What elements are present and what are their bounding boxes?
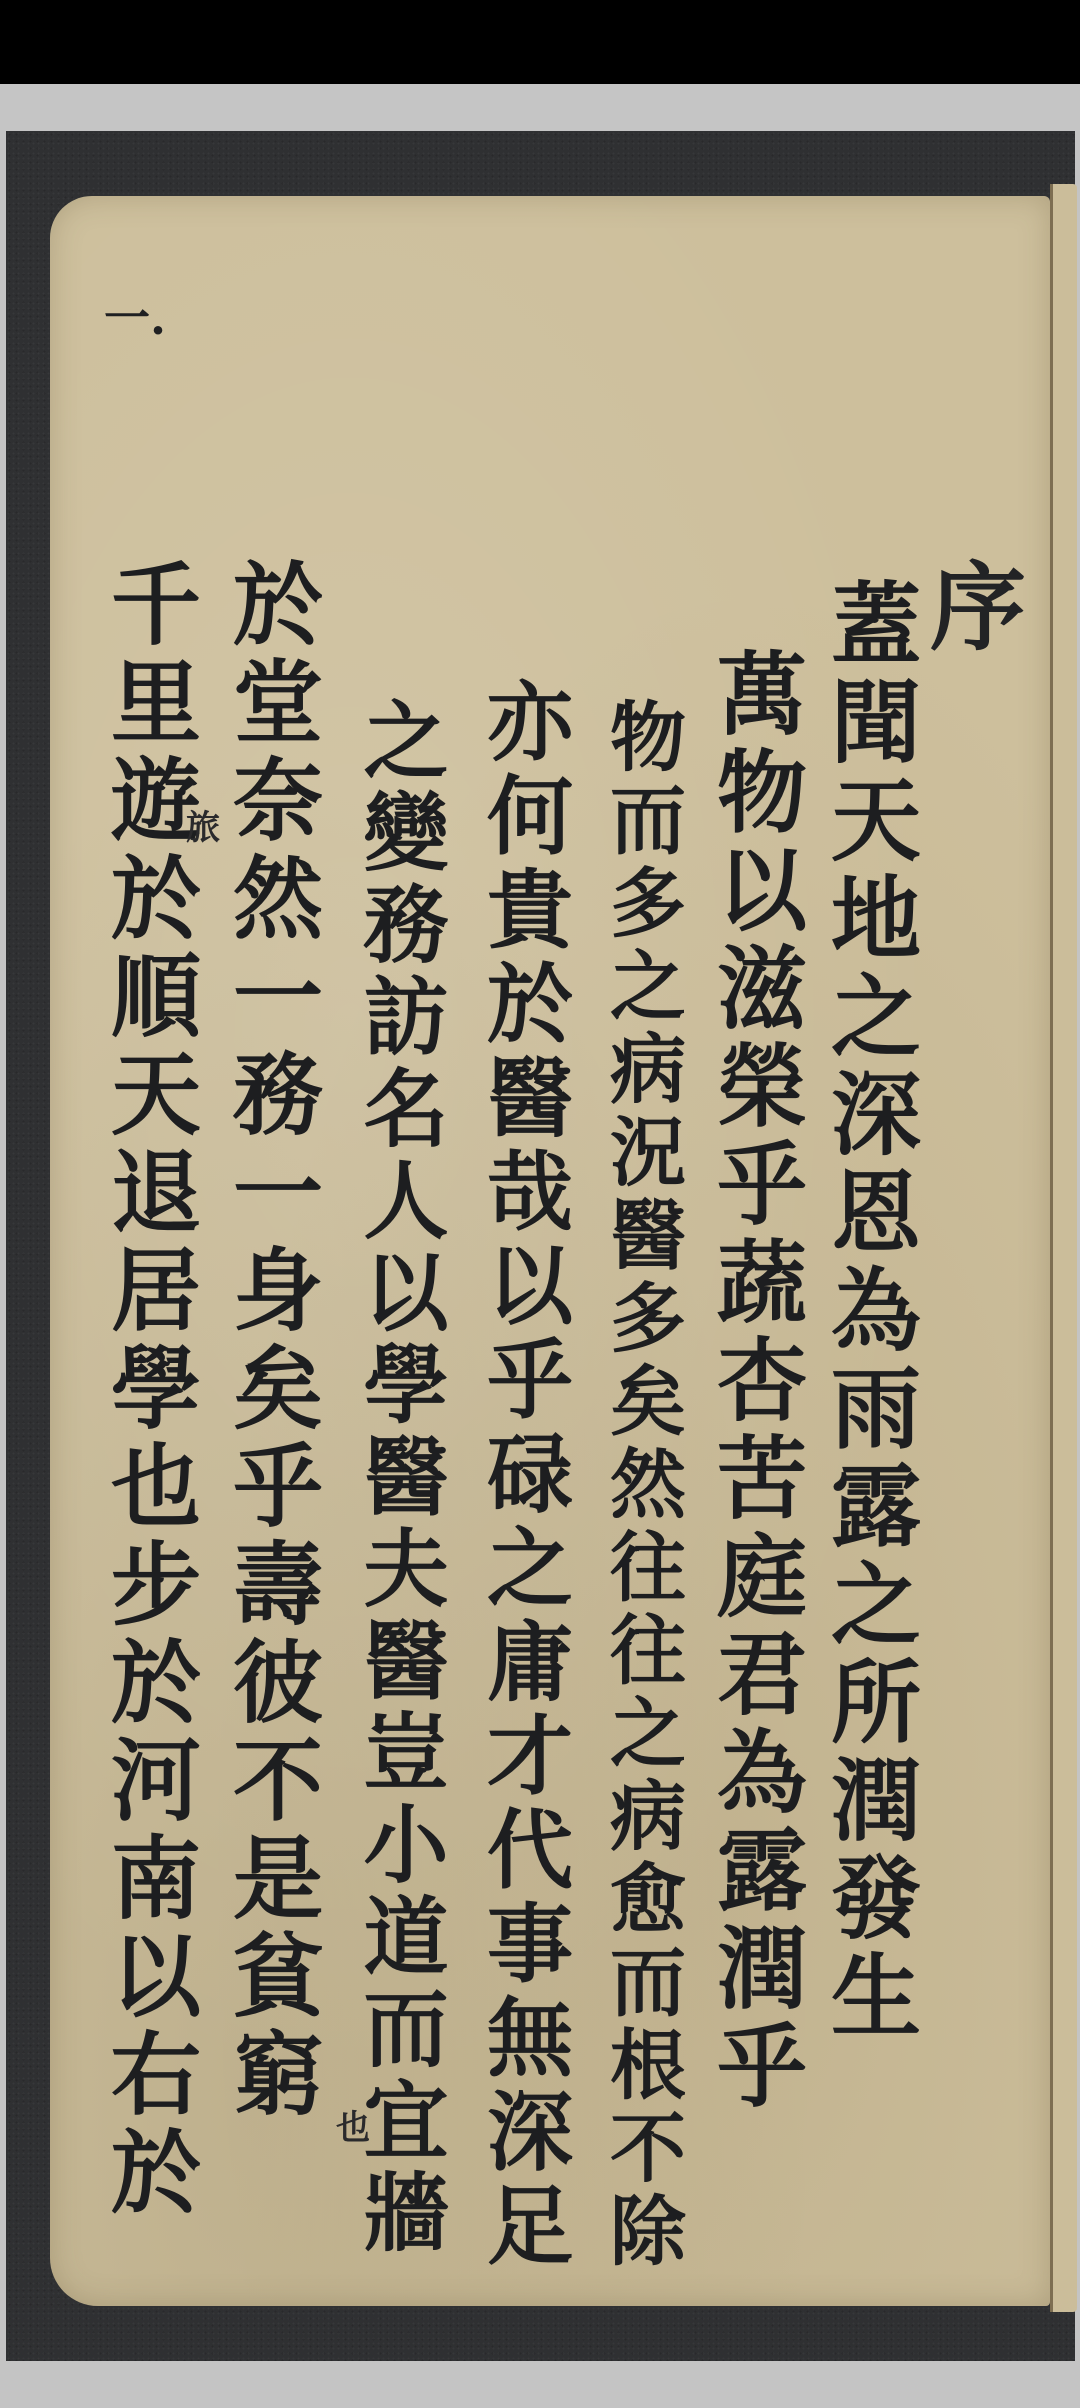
glyph: 以 — [363, 1252, 448, 1344]
text-column-2: 萬物以滋榮乎蔬杏苦庭君為露潤乎 — [706, 650, 818, 2120]
glyph: 聞 — [831, 678, 921, 776]
glyph: 豈 — [363, 1712, 448, 1804]
glyph: 愈 — [610, 1862, 686, 1945]
glyph: 學 — [363, 1344, 448, 1436]
glyph: 夫 — [363, 1528, 448, 1620]
glyph: 醫 — [363, 1436, 448, 1528]
glyph: 醫 — [487, 1056, 573, 1150]
glyph: 河 — [111, 1736, 201, 1834]
glyph: 宜 — [363, 2080, 448, 2172]
glyph: 醫 — [363, 1620, 448, 1712]
glyph: 道 — [363, 1896, 448, 1988]
glyph: 是 — [233, 1834, 323, 1932]
preface-title: 序 — [930, 560, 1026, 656]
glyph: 往 — [610, 1613, 686, 1696]
viewer-top-band — [0, 84, 1080, 131]
glyph: 堂 — [233, 658, 323, 756]
glyph: 之 — [610, 1696, 686, 1779]
text-column-4: 亦何貴於醫哉以乎碌之庸才代事無深足 — [474, 680, 586, 2278]
glyph: 順 — [111, 952, 201, 1050]
glyph: 多 — [610, 1281, 686, 1364]
glyph: 萬 — [717, 650, 807, 748]
glyph: 而 — [363, 1988, 448, 2080]
glyph: 於 — [111, 1638, 201, 1736]
glyph: 以 — [111, 1932, 201, 2030]
glyph: 於 — [487, 962, 573, 1056]
glyph: 身 — [233, 1246, 323, 1344]
glyph: 代 — [487, 1808, 573, 1902]
glyph: 一 — [233, 1148, 323, 1246]
glyph: 之 — [610, 949, 686, 1032]
glyph: 發 — [831, 1854, 921, 1952]
glyph: 物 — [610, 700, 686, 783]
glyph: 壽 — [233, 1540, 323, 1638]
page-number-mark: 一. — [104, 282, 166, 348]
glyph: 蓋 — [831, 580, 921, 678]
status-bar — [0, 0, 1080, 84]
glyph: 足 — [487, 2184, 573, 2278]
glyph: 何 — [487, 774, 573, 868]
glyph: 天 — [831, 776, 921, 874]
glyph: 矣 — [610, 1364, 686, 1447]
glyph: 往 — [610, 1530, 686, 1613]
glyph: 貴 — [487, 868, 573, 962]
glyph: 天 — [111, 1050, 201, 1148]
glyph: 榮 — [717, 1042, 807, 1140]
glyph: 苦 — [717, 1434, 807, 1532]
glyph: 退 — [111, 1148, 201, 1246]
glyph: 多 — [610, 866, 686, 949]
glyph: 為 — [717, 1728, 807, 1826]
glyph: 亦 — [487, 680, 573, 774]
glyph: 才 — [487, 1714, 573, 1808]
glyph: 南 — [111, 1834, 201, 1932]
glyph: 病 — [610, 1779, 686, 1862]
glyph: 訪 — [363, 976, 448, 1068]
side-note-col7: 旅 — [186, 800, 220, 849]
glyph: 露 — [717, 1826, 807, 1924]
glyph: 乎 — [487, 1338, 573, 1432]
glyph: 恩 — [831, 1168, 921, 1266]
glyph: 庭 — [717, 1532, 807, 1630]
glyph: 變 — [363, 792, 448, 884]
text-column-3: 物而多之病況醫多矣然往往之病愈而根不除 — [592, 700, 704, 2277]
glyph: 之 — [831, 972, 921, 1070]
glyph: 學 — [111, 1344, 201, 1442]
glyph: 深 — [831, 1070, 921, 1168]
glyph: 然 — [233, 854, 323, 952]
glyph: 事 — [487, 1902, 573, 1996]
glyph: 醫 — [610, 1198, 686, 1281]
glyph: 雨 — [831, 1364, 921, 1462]
glyph: 而 — [610, 783, 686, 866]
glyph: 哉 — [487, 1150, 573, 1244]
glyph: 根 — [610, 2028, 686, 2111]
text-column-5: 之變務訪名人以學醫夫醫豈小道而宜牆 — [350, 700, 462, 2264]
text-column-1: 蓋聞天地之深恩為雨露之所潤發生 — [820, 580, 932, 2050]
glyph: 滋 — [717, 944, 807, 1042]
glyph: 里 — [111, 658, 201, 756]
glyph: 所 — [831, 1658, 921, 1756]
side-note-col5: 也 — [336, 2100, 370, 2149]
glyph: 於 — [111, 854, 201, 952]
glyph: 不 — [610, 2111, 686, 2194]
glyph: 務 — [363, 884, 448, 976]
glyph: 病 — [610, 1032, 686, 1115]
glyph: 以 — [487, 1244, 573, 1338]
glyph: 之 — [363, 700, 448, 792]
glyph: 窮 — [233, 2030, 323, 2128]
glyph: 奈 — [233, 756, 323, 854]
glyph: 人 — [363, 1160, 448, 1252]
glyph: 生 — [831, 1952, 921, 2050]
glyph: 也 — [111, 1442, 201, 1540]
glyph: 右 — [111, 2030, 201, 2128]
glyph: 牆 — [363, 2172, 448, 2264]
glyph: 蔬 — [717, 1238, 807, 1336]
glyph: 深 — [487, 2090, 573, 2184]
viewer-bottom-band — [0, 2361, 1080, 2408]
adjacent-page-edge — [1050, 184, 1077, 2312]
glyph: 之 — [831, 1560, 921, 1658]
glyph: 庸 — [487, 1620, 573, 1714]
glyph: 而 — [610, 1945, 686, 2028]
glyph: 不 — [233, 1736, 323, 1834]
text-column-6: 於堂奈然一務一身矣乎壽彼不是貧窮 — [222, 560, 334, 2128]
glyph: 步 — [111, 1540, 201, 1638]
glyph: 矣 — [233, 1344, 323, 1442]
glyph: 千 — [111, 560, 201, 658]
glyph: 彼 — [233, 1638, 323, 1736]
glyph: 碌 — [487, 1432, 573, 1526]
glyph: 一 — [233, 952, 323, 1050]
glyph: 杏 — [717, 1336, 807, 1434]
glyph: 以 — [717, 846, 807, 944]
glyph: 地 — [831, 874, 921, 972]
glyph: 無 — [487, 1996, 573, 2090]
glyph: 於 — [233, 560, 323, 658]
glyph: 潤 — [831, 1756, 921, 1854]
glyph: 名 — [363, 1068, 448, 1160]
glyph: 然 — [610, 1447, 686, 1530]
glyph: 除 — [610, 2194, 686, 2277]
glyph: 為 — [831, 1266, 921, 1364]
glyph: 小 — [363, 1804, 448, 1896]
glyph: 乎 — [717, 2022, 807, 2120]
glyph: 於 — [111, 2128, 201, 2226]
glyph: 君 — [717, 1630, 807, 1728]
glyph: 露 — [831, 1462, 921, 1560]
glyph: 乎 — [717, 1140, 807, 1238]
glyph: 居 — [111, 1246, 201, 1344]
glyph: 務 — [233, 1050, 323, 1148]
glyph: 況 — [610, 1115, 686, 1198]
glyph: 潤 — [717, 1924, 807, 2022]
glyph: 貧 — [233, 1932, 323, 2030]
glyph: 之 — [487, 1526, 573, 1620]
glyph: 乎 — [233, 1442, 323, 1540]
glyph: 物 — [717, 748, 807, 846]
